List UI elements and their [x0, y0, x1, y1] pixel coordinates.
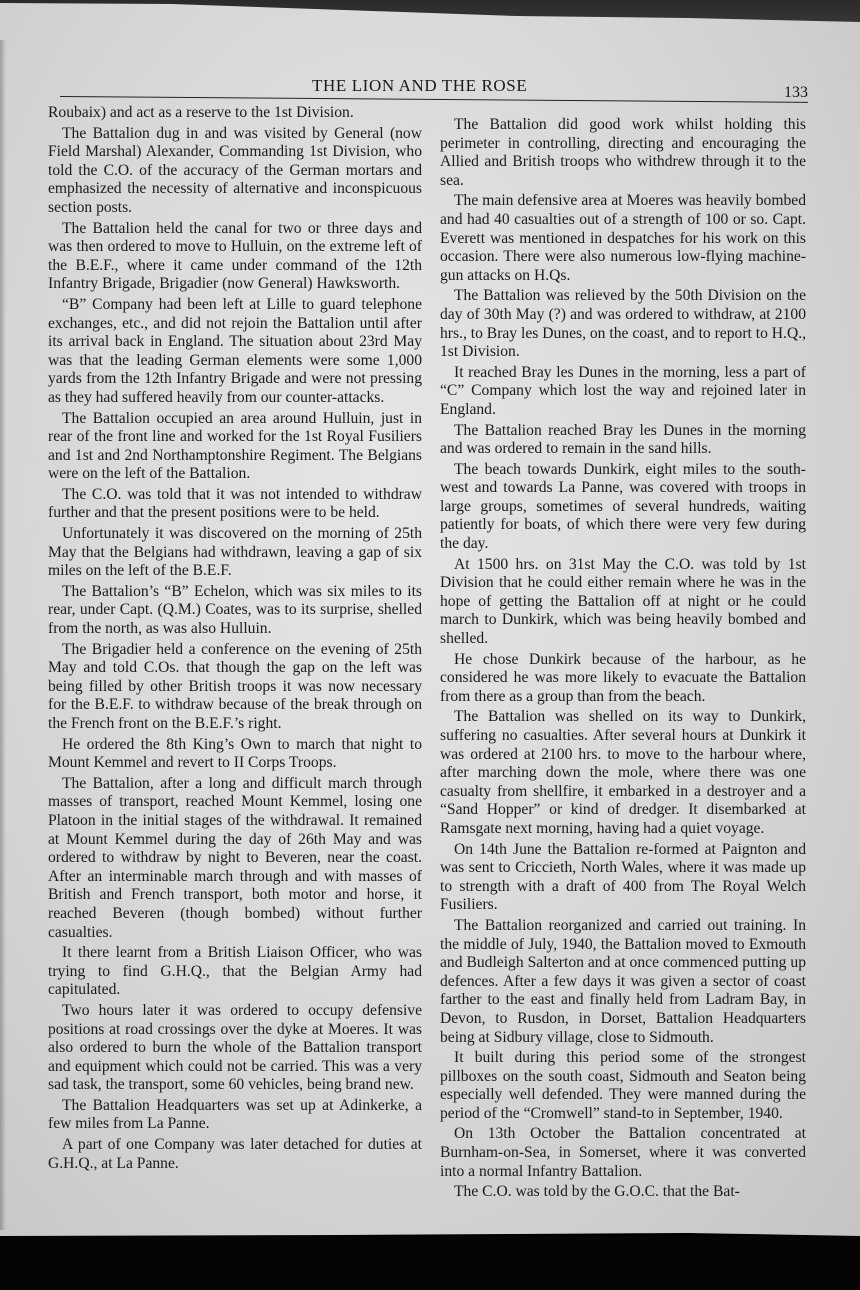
- paragraph: The Battalion dug in and was visited by …: [48, 125, 422, 218]
- paragraph: The Battalion’s “B” Echelon, which was s…: [48, 583, 422, 639]
- book-page: THE LION AND THE ROSE 133 Roubaix) and a…: [0, 0, 860, 1236]
- paragraph: On 13th October the Battalion concentrat…: [440, 1125, 806, 1181]
- scan-background-bottom: [0, 1236, 860, 1290]
- paragraph: Roubaix) and act as a reserve to the 1st…: [48, 104, 422, 123]
- paragraph: The Battalion reorganized and carried ou…: [440, 917, 806, 1047]
- right-column: The Battalion did good work whilst holdi…: [440, 116, 806, 1202]
- paragraph: Unfortunately it was discovered on the m…: [48, 525, 422, 581]
- paragraph: The main defensive area at Moeres was he…: [440, 192, 806, 285]
- paragraph: The Battalion reached Bray les Dunes in …: [440, 422, 806, 459]
- paragraph: The Battalion was relieved by the 50th D…: [440, 287, 806, 361]
- paragraph: The beach towards Dunkirk, eight miles t…: [440, 461, 806, 554]
- header-rule: [60, 96, 808, 103]
- paragraph: The C.O. was told by the G.O.C. that the…: [440, 1183, 806, 1202]
- paragraph: At 1500 hrs. on 31st May the C.O. was to…: [440, 556, 806, 649]
- paragraph: He ordered the 8th King’s Own to march t…: [48, 736, 422, 773]
- paragraph: He chose Dunkirk because of the harbour,…: [440, 651, 806, 707]
- paragraph: The Battalion occupied an area around Hu…: [48, 410, 422, 484]
- paragraph: The Battalion held the canal for two or …: [48, 220, 422, 294]
- running-header: THE LION AND THE ROSE 133: [60, 74, 808, 104]
- paragraph: “B” Company had been left at Lille to gu…: [48, 296, 422, 408]
- paragraph: It built during this period some of the …: [440, 1049, 806, 1123]
- running-title: THE LION AND THE ROSE: [312, 76, 527, 96]
- paragraph: On 14th June the Battalion re-formed at …: [440, 841, 806, 915]
- page-shadow: [0, 40, 6, 1230]
- paragraph: The Battalion was shelled on its way to …: [440, 708, 806, 838]
- paragraph: The Battalion Headquarters was set up at…: [48, 1097, 422, 1134]
- paragraph: The Battalion, after a long and difficul…: [48, 775, 422, 942]
- page-number: 133: [784, 84, 808, 102]
- paragraph: A part of one Company was later detached…: [48, 1136, 422, 1173]
- paragraph: The C.O. was told that it was not intend…: [48, 486, 422, 523]
- paragraph: Two hours later it was ordered to occupy…: [48, 1002, 422, 1095]
- paragraph: The Brigadier held a conference on the e…: [48, 641, 422, 734]
- paragraph: It reached Bray les Dunes in the morning…: [440, 364, 806, 420]
- paragraph: It there learnt from a British Liaison O…: [48, 944, 422, 1000]
- paragraph: The Battalion did good work whilst holdi…: [440, 116, 806, 190]
- left-column: Roubaix) and act as a reserve to the 1st…: [48, 104, 422, 1173]
